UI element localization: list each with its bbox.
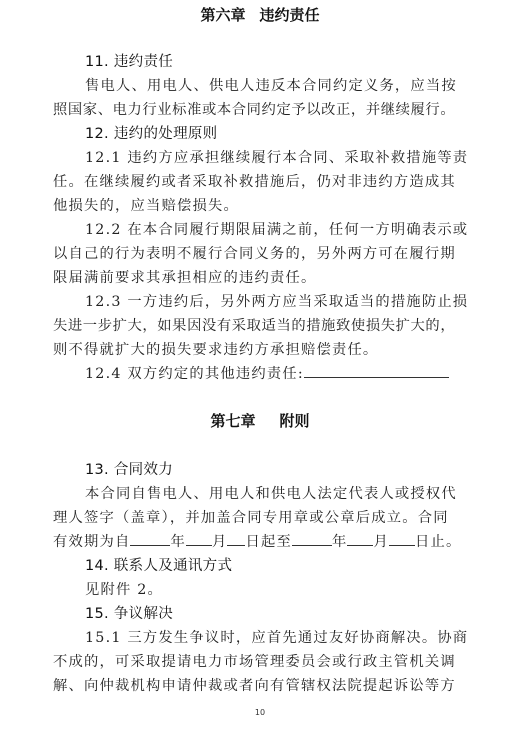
start-month-blank[interactable] [186,531,212,546]
chapter-name: 附则 [280,412,310,430]
clause-12-3-line: 12.3 一方违约后，另外两方应当采取适当的措施防止损 [85,290,505,314]
chapter-7-title: 第七章附则 [0,410,520,431]
section-11-line: 售电人、用电人、供电人违反本合同约定义务，应当按 [85,74,473,98]
page-number: 10 [0,708,520,717]
clause-15-1-line: 解、向仲裁机构申请仲裁或者向有管辖权法院提起诉讼等方 [53,674,473,698]
day-from-label: 日起至 [245,534,292,550]
clause-12-4: 12.4 双方约定的其他违约责任: [85,362,505,386]
clause-12-3-line: 则不得就扩大的损失要求违约方承担赔偿责任。 [53,338,473,362]
day-to-label: 日止。 [415,534,462,550]
section-13-line: 理人签字（盖章），并加盖合同专用章或公章后成立。合同 [53,506,473,530]
chapter-name: 违约责任 [260,6,320,24]
chapter-number: 第七章 [210,412,255,430]
section-13-line: 本合同自售电人、用电人和供电人法定代表人或授权代 [85,482,505,506]
contract-term-line: 有效期为自年月日起至年月日止。 [53,530,473,554]
year-label: 年 [332,534,348,550]
month-label: 月 [373,534,389,550]
clause-12-3-line: 失进一步扩大，如果因没有采取适当的措施致使损失扩大的， [53,314,473,338]
start-year-blank[interactable] [130,531,170,546]
section-14-heading: 14. 联系人及通讯方式 [85,554,505,578]
chapter-number: 第六章 [200,6,245,24]
document-page: 第六章违约责任 11. 违约责任 售电人、用电人、供电人违反本合同约定义务，应当… [0,0,520,734]
start-day-blank[interactable] [227,531,245,546]
section-15-heading: 15. 争议解决 [85,602,505,626]
section-14-body: 见附件 2。 [85,578,505,602]
other-liability-blank[interactable] [304,363,449,378]
term-prefix: 有效期为自 [53,534,130,550]
clause-12-2-line: 12.2 在本合同履行期限届满之前，任何一方明确表示或 [85,218,505,242]
chapter-6-title: 第六章违约责任 [0,4,520,25]
month-label: 月 [212,534,228,550]
end-month-blank[interactable] [347,531,373,546]
end-day-blank[interactable] [389,531,415,546]
section-11-heading: 11. 违约责任 [85,50,505,74]
section-12-heading: 12. 违约的处理原则 [85,122,505,146]
clause-12-2-line: 以自己的行为表明不履行合同义务的，另外两方可在履行期 [53,242,473,266]
clause-15-1-line: 15.1 三方发生争议时，应首先通过友好协商解决。协商 [85,626,505,650]
year-label: 年 [170,534,186,550]
end-year-blank[interactable] [292,531,332,546]
clause-12-4-label: 12.4 双方约定的其他违约责任: [85,366,304,382]
clause-12-2-line: 限届满前要求其承担相应的违约责任。 [53,266,473,290]
clause-15-1-line: 不成的，可采取提请电力市场管理委员会或行政主管机关调 [53,650,473,674]
clause-12-1-line: 任。在继续履约或者采取补救措施后，仍对非违约方造成其 [53,170,473,194]
clause-12-1-line: 他损失的，应当赔偿损失。 [53,194,473,218]
section-11-line: 照国家、电力行业标准或本合同约定予以改正，并继续履行。 [53,98,473,122]
section-13-heading: 13. 合同效力 [85,458,505,482]
clause-12-1-line: 12.1 违约方应承担继续履行本合同、采取补救措施等责 [85,146,505,170]
